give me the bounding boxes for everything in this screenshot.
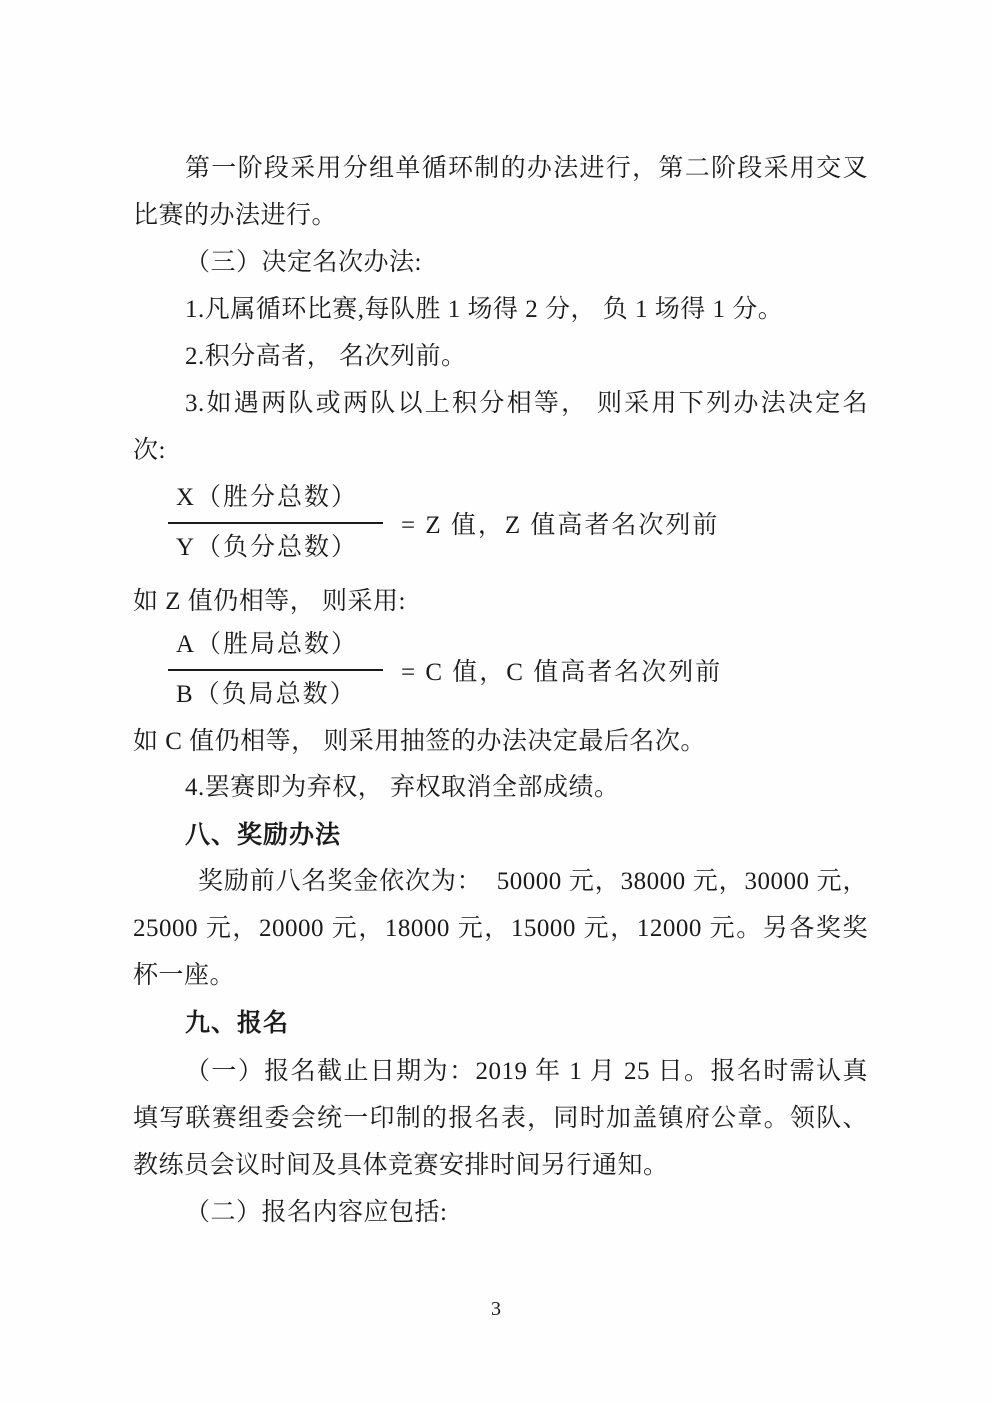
section-heading-rewards: 八、奖励办法 — [133, 812, 341, 858]
ranking-rule-1: 1.凡属循环比赛,每队胜 1 场得 2 分， 负 1 场得 1 分。 — [133, 287, 783, 333]
c-tie-note: 如 C 值仍相等， 则采用抽签的办法决定最后名次。 — [133, 719, 706, 765]
rewards-line-3: 杯一座。 — [133, 953, 235, 999]
registration-content-heading: （二）报名内容应包括: — [133, 1190, 447, 1236]
fraction-c: A（胜局总数） B（负局总数） — [168, 625, 383, 715]
registration-line-2: 填写联赛组委会统一印制的报名表，同时加盖镇府公章。领队、 — [133, 1096, 868, 1142]
ranking-rule-3-line-1: 3.如遇两队或两队以上积分相等， 则采用下列办法决定名 — [133, 381, 868, 427]
fraction-c-denominator: B（负局总数） — [168, 671, 383, 715]
formula-z: X（胜分总数） Y（负分总数） = Z 值，Z 值高者名次列前 — [168, 478, 719, 568]
stage-paragraph-line-1: 第一阶段采用分组单循环制的办法进行，第二阶段采用交叉 — [133, 146, 868, 192]
fraction-z-numerator: X（胜分总数） — [168, 478, 383, 524]
registration-line-3: 教练员会议时间及具体竞赛安排时间另行通知。 — [133, 1143, 669, 1189]
formula-c: A（胜局总数） B（负局总数） = C 值，C 值高者名次列前 — [168, 625, 722, 715]
fraction-z-denominator: Y（负分总数） — [168, 524, 383, 568]
rewards-line-1: 奖励前八名奖金依次为： 50000 元，38000 元，30000 元， — [133, 859, 868, 905]
ranking-rule-2: 2.积分高者， 名次列前。 — [133, 334, 467, 380]
registration-line-1: （一）报名截止日期为：2019 年 1 月 25 日。报名时需认真 — [133, 1049, 868, 1095]
stage-paragraph-line-2: 比赛的办法进行。 — [133, 193, 337, 239]
formula-z-result: = Z 值，Z 值高者名次列前 — [401, 505, 719, 541]
ranking-rule-3-line-2: 次: — [133, 428, 166, 474]
section-heading-registration: 九、报名 — [133, 1000, 289, 1046]
rewards-line-2: 25000 元，20000 元，18000 元，15000 元，12000 元。… — [133, 906, 868, 952]
fraction-z: X（胜分总数） Y（负分总数） — [168, 478, 383, 568]
z-tie-note: 如 Z 值仍相等， 则采用: — [133, 579, 406, 625]
ranking-rule-4: 4.罢赛即为弃权， 弃权取消全部成绩。 — [133, 765, 620, 811]
page-number: 3 — [0, 1294, 992, 1324]
formula-c-result: = C 值，C 值高者名次列前 — [401, 652, 722, 688]
fraction-c-numerator: A（胜局总数） — [168, 625, 383, 671]
document-page: 第一阶段采用分组单循环制的办法进行，第二阶段采用交叉 比赛的办法进行。 （三）决… — [0, 0, 992, 1403]
ranking-method-heading: （三）决定名次办法: — [133, 240, 422, 286]
